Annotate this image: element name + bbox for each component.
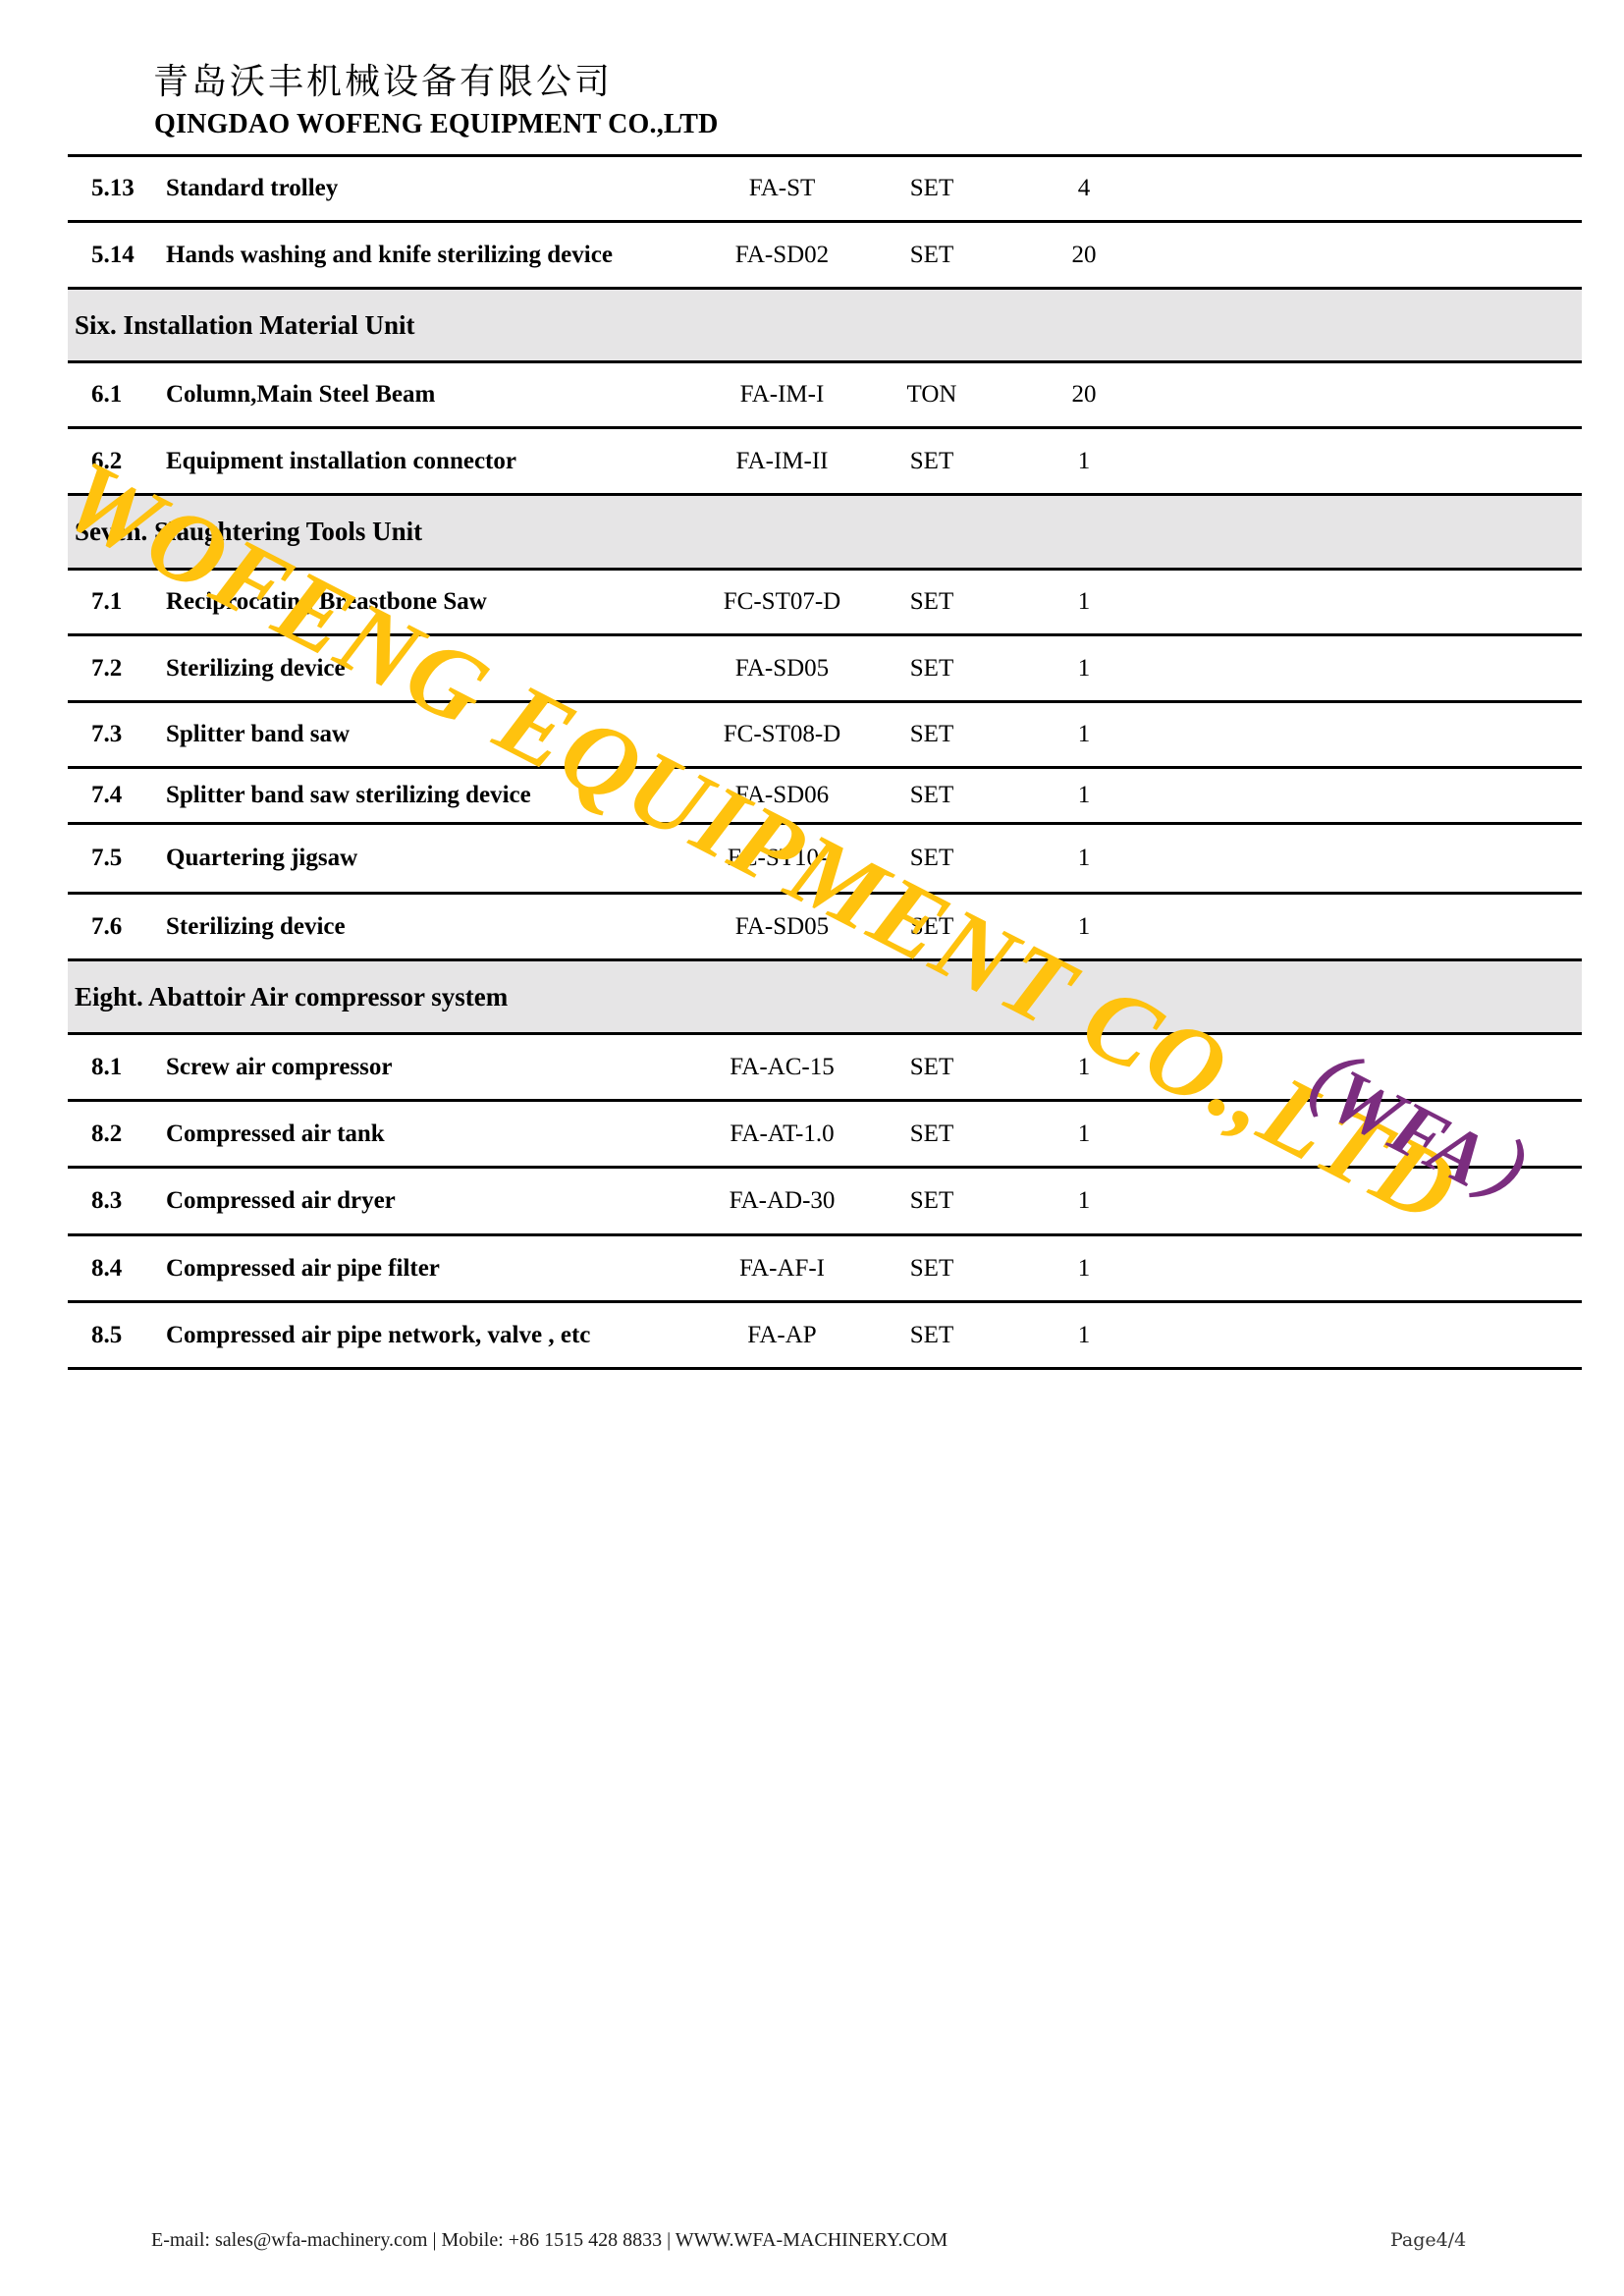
section-title: Six. Installation Material Unit: [75, 290, 415, 360]
item-number: 8.5: [91, 1303, 122, 1367]
item-unit: SET: [873, 571, 991, 633]
item-model: FA-AF-I: [696, 1236, 868, 1300]
item-unit: SET: [873, 636, 991, 700]
section-header-row: Eight. Abattoir Air compressor system: [68, 961, 1582, 1032]
item-name: Sterilizing device: [166, 895, 346, 958]
item-quantity: 1: [1030, 703, 1138, 766]
item-unit: SET: [873, 1236, 991, 1300]
item-model: FA-IM-II: [696, 429, 868, 493]
section-header-row: Seven. Slaughtering Tools Unit: [68, 496, 1582, 568]
item-name: Quartering jigsaw: [166, 825, 357, 892]
item-name: Splitter band saw: [166, 703, 350, 766]
item-name: Reciprocating Breastbone Saw: [166, 571, 487, 633]
item-quantity: 1: [1030, 1303, 1138, 1367]
item-name: Column,Main Steel Beam: [166, 363, 435, 426]
item-number: 6.2: [91, 429, 122, 493]
item-unit: SET: [873, 703, 991, 766]
table-row: 7.2Sterilizing deviceFA-SD05SET1: [68, 636, 1582, 700]
section-header-row: Six. Installation Material Unit: [68, 290, 1582, 360]
item-unit: SET: [873, 1169, 991, 1233]
item-unit: SET: [873, 1303, 991, 1367]
item-model: FA-SD02: [696, 223, 868, 287]
item-number: 7.3: [91, 703, 122, 766]
document-page: 青岛沃丰机械设备有限公司 QINGDAO WOFENG EQUIPMENT CO…: [0, 0, 1624, 2296]
item-unit: SET: [873, 223, 991, 287]
item-model: FA-SD05: [696, 895, 868, 958]
item-number: 7.4: [91, 769, 122, 822]
item-name: Compressed air pipe filter: [166, 1236, 440, 1300]
table-row: 7.4Splitter band saw sterilizing deviceF…: [68, 769, 1582, 822]
table-row: 8.3Compressed air dryerFA-AD-30SET1: [68, 1169, 1582, 1233]
item-quantity: 1: [1030, 1236, 1138, 1300]
item-number: 5.14: [91, 223, 135, 287]
item-quantity: 1: [1030, 1169, 1138, 1233]
table-row: 5.13Standard trolleyFA-STSET4: [68, 157, 1582, 220]
item-name: Compressed air dryer: [166, 1169, 396, 1233]
item-name: Screw air compressor: [166, 1035, 393, 1099]
table-row: 8.1Screw air compressorFA-AC-15SET1: [68, 1035, 1582, 1099]
item-unit: TON: [873, 363, 991, 426]
item-unit: SET: [873, 157, 991, 220]
company-name-english: QINGDAO WOFENG EQUIPMENT CO.,LTD: [154, 108, 719, 141]
item-quantity: 20: [1030, 363, 1138, 426]
item-number: 7.2: [91, 636, 122, 700]
table-row: 7.5Quartering jigsawFC-ST10-JSET1: [68, 825, 1582, 892]
table-row: 5.14Hands washing and knife sterilizing …: [68, 223, 1582, 287]
item-name: Sterilizing device: [166, 636, 346, 700]
table-row: 7.3Splitter band sawFC-ST08-DSET1: [68, 703, 1582, 766]
item-quantity: 1: [1030, 1035, 1138, 1099]
item-model: FC-ST07-D: [696, 571, 868, 633]
item-unit: SET: [873, 825, 991, 892]
table-row: 8.5Compressed air pipe network, valve , …: [68, 1303, 1582, 1367]
section-title: Seven. Slaughtering Tools Unit: [75, 496, 422, 568]
company-name-chinese: 青岛沃丰机械设备有限公司: [153, 61, 613, 104]
item-number: 5.13: [91, 157, 135, 220]
item-name: Equipment installation connector: [166, 429, 516, 493]
item-number: 8.1: [91, 1035, 122, 1099]
table-row: 8.2Compressed air tankFA-AT-1.0SET1: [68, 1102, 1582, 1166]
item-quantity: 1: [1030, 1102, 1138, 1166]
item-number: 7.6: [91, 895, 122, 958]
table-row: 8.4Compressed air pipe filterFA-AF-ISET1: [68, 1236, 1582, 1300]
item-name: Compressed air tank: [166, 1102, 385, 1166]
table-row: 7.6Sterilizing deviceFA-SD05SET1: [68, 895, 1582, 958]
item-model: FA-SD06: [696, 769, 868, 822]
item-model: FA-ST: [696, 157, 868, 220]
item-unit: SET: [873, 1102, 991, 1166]
page-number: Page4/4: [1390, 2229, 1466, 2251]
item-model: FA-AP: [696, 1303, 868, 1367]
item-quantity: 20: [1030, 223, 1138, 287]
item-quantity: 1: [1030, 825, 1138, 892]
item-unit: SET: [873, 1035, 991, 1099]
item-number: 6.1: [91, 363, 122, 426]
item-model: FA-SD05: [696, 636, 868, 700]
table-row: 6.2Equipment installation connectorFA-IM…: [68, 429, 1582, 493]
table-row: 6.1Column,Main Steel BeamFA-IM-ITON20: [68, 363, 1582, 426]
item-number: 8.2: [91, 1102, 122, 1166]
item-model: FA-AD-30: [696, 1169, 868, 1233]
item-unit: SET: [873, 769, 991, 822]
item-unit: SET: [873, 429, 991, 493]
item-quantity: 1: [1030, 769, 1138, 822]
item-quantity: 1: [1030, 895, 1138, 958]
item-model: FA-AC-15: [696, 1035, 868, 1099]
item-quantity: 4: [1030, 157, 1138, 220]
item-name: Compressed air pipe network, valve , etc: [166, 1303, 590, 1367]
item-model: FC-ST10-J: [696, 825, 868, 892]
item-number: 8.3: [91, 1169, 122, 1233]
item-model: FA-AT-1.0: [696, 1102, 868, 1166]
item-name: Hands washing and knife sterilizing devi…: [166, 223, 613, 287]
item-model: FC-ST08-D: [696, 703, 868, 766]
table-row: 7.1Reciprocating Breastbone SawFC-ST07-D…: [68, 571, 1582, 633]
section-title: Eight. Abattoir Air compressor system: [75, 961, 508, 1032]
item-number: 8.4: [91, 1236, 122, 1300]
table-rule: [68, 1367, 1582, 1370]
footer-contact: E-mail: sales@wfa-machinery.com | Mobile…: [151, 2229, 947, 2252]
item-model: FA-IM-I: [696, 363, 868, 426]
item-quantity: 1: [1030, 429, 1138, 493]
item-quantity: 1: [1030, 571, 1138, 633]
item-name: Standard trolley: [166, 157, 338, 220]
item-name: Splitter band saw sterilizing device: [166, 769, 531, 822]
item-number: 7.1: [91, 571, 122, 633]
item-number: 7.5: [91, 825, 122, 892]
item-unit: SET: [873, 895, 991, 958]
item-quantity: 1: [1030, 636, 1138, 700]
